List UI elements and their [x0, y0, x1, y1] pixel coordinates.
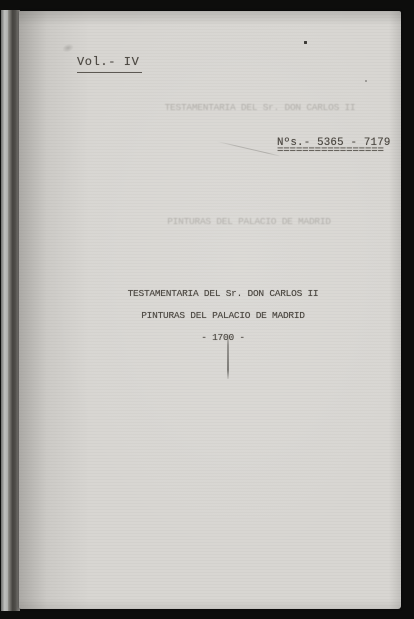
- document-numbers: Nºs.- 5365 - 7179 =================: [277, 137, 391, 157]
- document-title: TESTAMENTARIA DEL Sr. DON CARLOS II PINT…: [128, 283, 319, 349]
- title-line2: PINTURAS DEL PALACIO DE MADRID: [128, 305, 319, 327]
- numbers-underline: =================: [277, 145, 391, 157]
- dust-speck: [304, 41, 307, 44]
- vertical-crease-mark: [227, 334, 229, 379]
- title-line1: TESTAMENTARIA DEL Sr. DON CARLOS II: [128, 283, 319, 305]
- bleedthrough-text-line2: PINTURAS DEL PALACIO DE MADRID: [167, 216, 331, 227]
- dust-speck-faint: [365, 80, 367, 82]
- volume-label: Vol.- IV: [77, 55, 142, 73]
- scanned-document-view: Vol.- IV TESTAMENTARIA DEL Sr. DON CARLO…: [0, 0, 414, 619]
- bleedthrough-text-line1: TESTAMENTARIA DEL Sr. DON CARLOS II: [165, 102, 356, 113]
- title-line3-year: - 1700 -: [128, 327, 319, 349]
